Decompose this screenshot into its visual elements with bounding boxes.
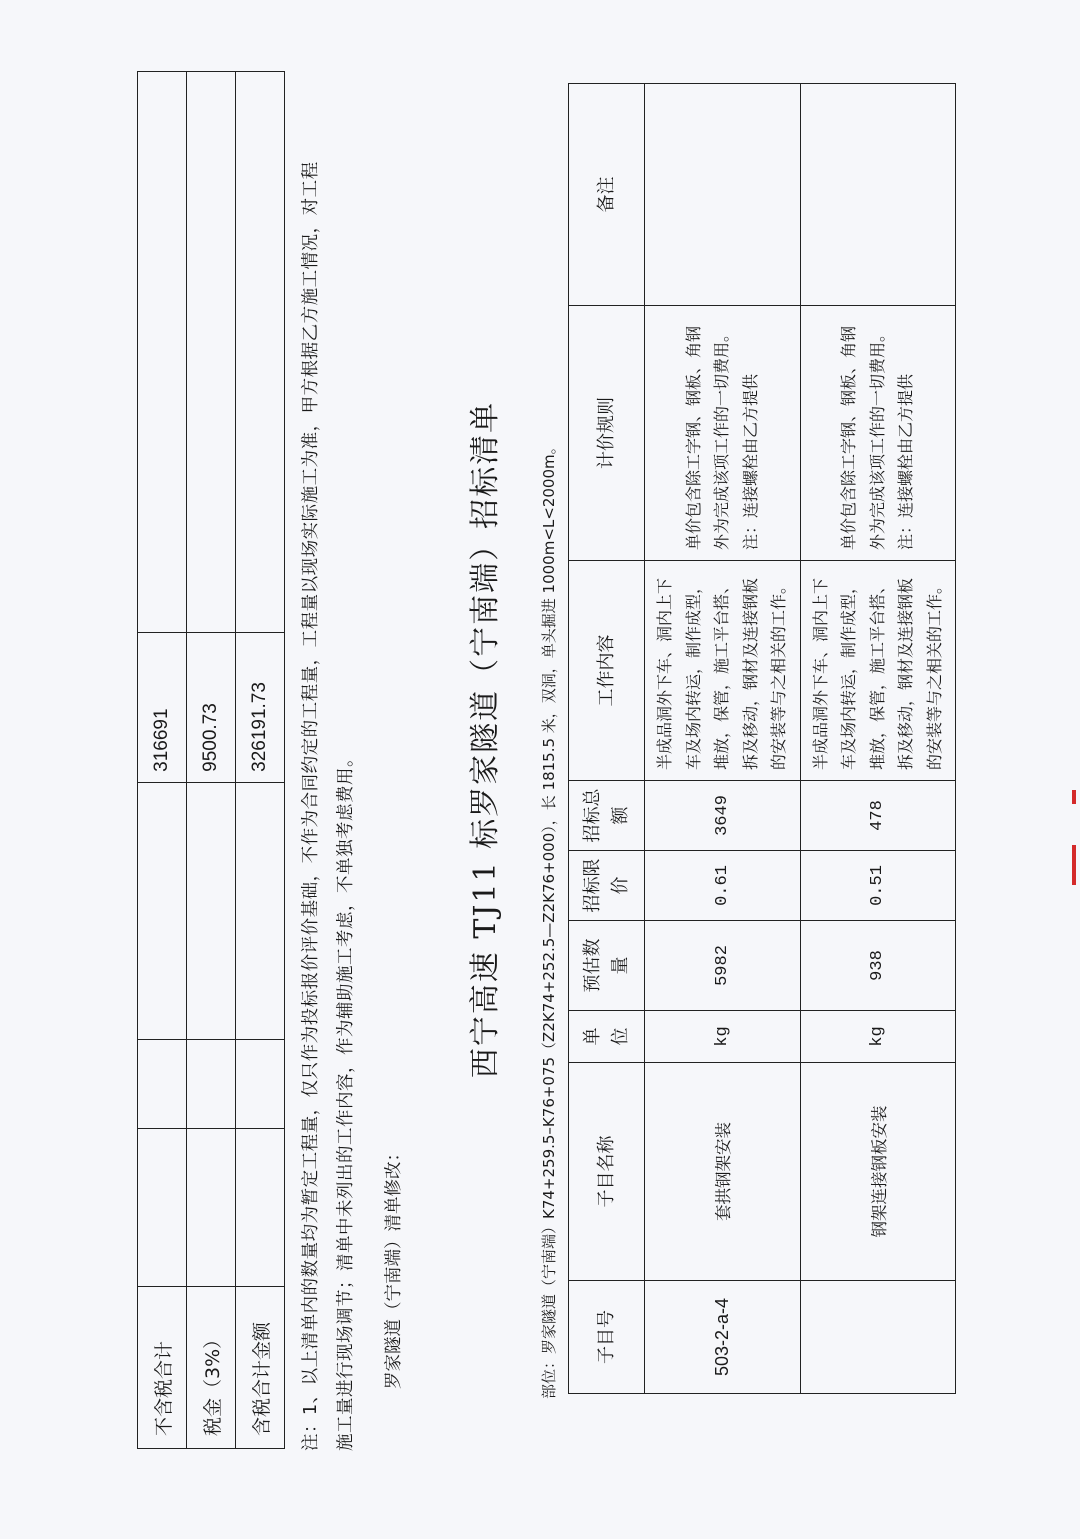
cell-work: 半成品洞外下车、洞内上下车及场内转运，制作成型，堆放，保管，施工平台搭、拆及移动… [800,561,956,781]
summary-label: 含税合计金额 [236,1286,285,1448]
cell-rule: 单价包含除工字钢、钢板、角钢外为完成该项工作的一切费用。注：连接螺栓由乙方提供 [800,306,956,561]
cell-total: 478 [800,781,956,851]
cell-code [800,1281,956,1394]
summary-value: 9500.73 [187,633,236,782]
stamp-edge-mark [1072,790,1076,804]
cell-limit-price: 0.51 [800,851,956,921]
header-work: 工作内容 [569,561,645,781]
table-header-row: 子目号 子目名称 单位 预估数量 招标限价 招标总额 工作内容 计价规则 备注 [569,84,645,1394]
cell-name: 钢架连接钢板安装 [800,1063,956,1281]
summary-row-tax: 税金（3%） 9500.73 [187,72,236,1449]
summary-value: 316691 [138,633,187,782]
summary-label: 税金（3%） [187,1286,236,1448]
table-row: 503-2-a-4 套拱钢架安装 kg 5982 0.61 3649 半成品洞外… [645,84,801,1394]
header-rule: 计价规则 [569,306,645,561]
table-row: 钢架连接钢板安装 kg 938 0.51 478 半成品洞外下车、洞内上下车及场… [800,84,956,1394]
cell-rule: 单价包含除工字钢、钢板、角钢外为完成该项工作的一切费用。注：连接螺栓由乙方提供 [645,306,801,561]
header-remark: 备注 [569,84,645,306]
header-code: 子目号 [569,1281,645,1394]
summary-label: 不含税合计 [138,1286,187,1448]
document-subtitle: 部位：罗家隧道（宁南端）K74+259.5–K76+075（Z2K74+252.… [538,439,559,1399]
header-quantity: 预估数量 [569,921,645,1011]
document-title: 西宁高速 TJ11 标罗家隧道（宁南端）招标清单 [460,0,504,1539]
cell-unit: kg [645,1011,801,1063]
summary-row-pretax: 不含税合计 316691 [138,72,187,1449]
header-unit: 单位 [569,1011,645,1063]
cell-remark [800,84,956,306]
summary-value: 326191.73 [236,633,285,782]
modification-heading: 罗家隧道（宁南端）清单修改： [380,1144,405,1389]
cell-limit-price: 0.61 [645,851,801,921]
header-limit-price: 招标限价 [569,851,645,921]
cell-name: 套拱钢架安装 [645,1063,801,1281]
notes-block: 注：1、以上清单内的数量均为暂定工程量，仅只作为投标报价评价基础，不作为合同约定… [294,51,364,1451]
summary-row-total: 含税合计金额 326191.73 [236,72,285,1449]
cell-remark [645,84,801,306]
cell-quantity: 5982 [645,921,801,1011]
note-line-2: 施工量进行现场调节；清单中未列出的工作内容，作为辅助施工考虑，不单独考虑费用。 [329,51,364,1451]
cell-total: 3649 [645,781,801,851]
summary-table: 不含税合计 316691 税金（3%） 9500.73 含税合计金额 32619… [137,71,285,1449]
cell-unit: kg [800,1011,956,1063]
scanned-page: 不含税合计 316691 税金（3%） 9500.73 含税合计金额 32619… [0,0,1080,1539]
cell-quantity: 938 [800,921,956,1011]
header-name: 子目名称 [569,1063,645,1281]
note-line-1: 注：1、以上清单内的数量均为暂定工程量，仅只作为投标报价评价基础，不作为合同约定… [294,51,329,1451]
stamp-edge-mark [1072,845,1076,885]
cell-code: 503-2-a-4 [645,1281,801,1394]
bid-list-table: 子目号 子目名称 单位 预估数量 招标限价 招标总额 工作内容 计价规则 备注 … [568,83,956,1394]
header-total: 招标总额 [569,781,645,851]
cell-work: 半成品洞外下车、洞内上下车及场内转运，制作成型，堆放，保管，施工平台搭、拆及移动… [645,561,801,781]
